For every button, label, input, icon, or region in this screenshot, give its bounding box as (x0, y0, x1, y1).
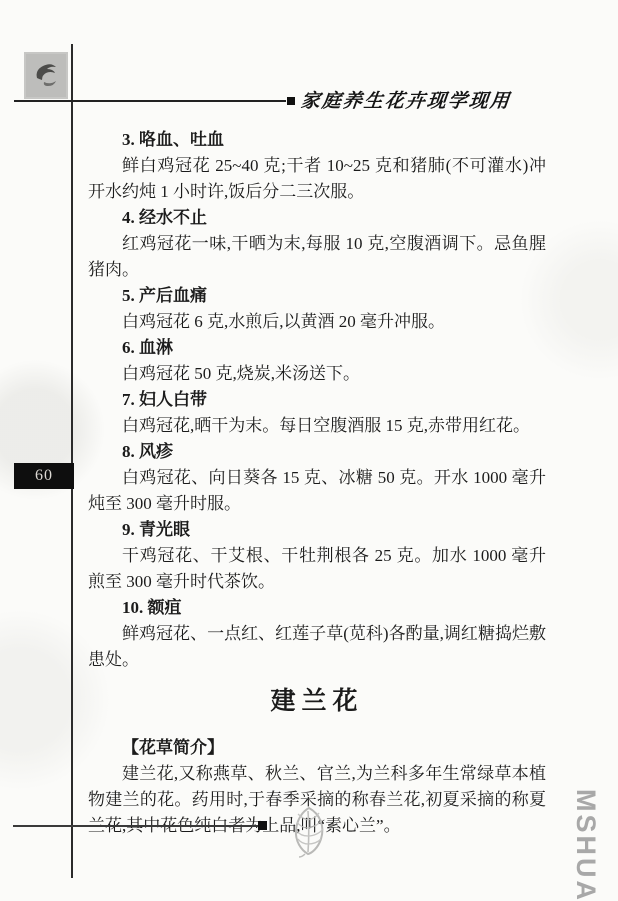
remedy-heading: 6. 血淋 (88, 335, 546, 361)
publisher-logo-icon (24, 52, 68, 99)
running-head-title: 家庭养生花卉现学现用 (300, 86, 513, 113)
remedy-body: 白鸡冠花 6 克,水煎后,以黄酒 20 毫升冲服。 (88, 309, 546, 335)
remedy-body: 白鸡冠花 50 克,烧炭,米汤送下。 (88, 361, 546, 387)
remedy-heading: 9. 青光眼 (88, 517, 546, 543)
remedy-body: 干鸡冠花、干艾根、干牡荆根各 25 克。加水 1000 毫升煎至 300 毫升时… (88, 543, 546, 595)
remedy-heading: 4. 经水不止 (88, 205, 546, 231)
book-page: 家庭养生花卉现学现用 60 3. 咯血、吐血 鲜白鸡冠花 25~40 克;干者 … (0, 0, 618, 901)
page-content: 3. 咯血、吐血 鲜白鸡冠花 25~40 克;干者 10~25 克和猪肺(不可灌… (88, 127, 546, 839)
remedy-body: 鲜白鸡冠花 25~40 克;干者 10~25 克和猪肺(不可灌水)冲开水约炖 1… (88, 153, 546, 205)
remedy-body: 白鸡冠花,晒干为末。每日空腹酒服 15 克,赤带用红花。 (88, 413, 546, 439)
square-bullet-icon (258, 821, 267, 830)
section-heading-intro: 【花草简介】 (88, 735, 546, 761)
square-bullet-icon (287, 97, 295, 105)
chapter-title: 建兰花 (88, 686, 546, 718)
leaf-stamp-icon (287, 806, 333, 858)
remedy-heading: 8. 风疹 (88, 439, 546, 465)
remedy-heading: 5. 产后血痛 (88, 283, 546, 309)
remedy-heading: 10. 额疽 (88, 595, 546, 621)
margin-rule-vertical (71, 44, 73, 878)
remedy-heading: 7. 妇人白带 (88, 387, 546, 413)
footer-rule (13, 825, 258, 827)
scanner-watermark-text: MSHUA (570, 789, 601, 901)
remedy-body: 白鸡冠花、向日葵各 15 克、冰糖 50 克。开水 1000 毫升炖至 300 … (88, 465, 546, 517)
header-rule (14, 100, 286, 102)
page-number-badge: 60 (14, 463, 74, 489)
remedy-body: 红鸡冠花一味,干晒为末,每服 10 克,空腹酒调下。忌鱼腥猪肉。 (88, 231, 546, 283)
remedy-heading: 3. 咯血、吐血 (88, 127, 546, 153)
remedy-body: 鲜鸡冠花、一点红、红莲子草(苋科)各酌量,调红糖捣烂敷患处。 (88, 621, 546, 673)
